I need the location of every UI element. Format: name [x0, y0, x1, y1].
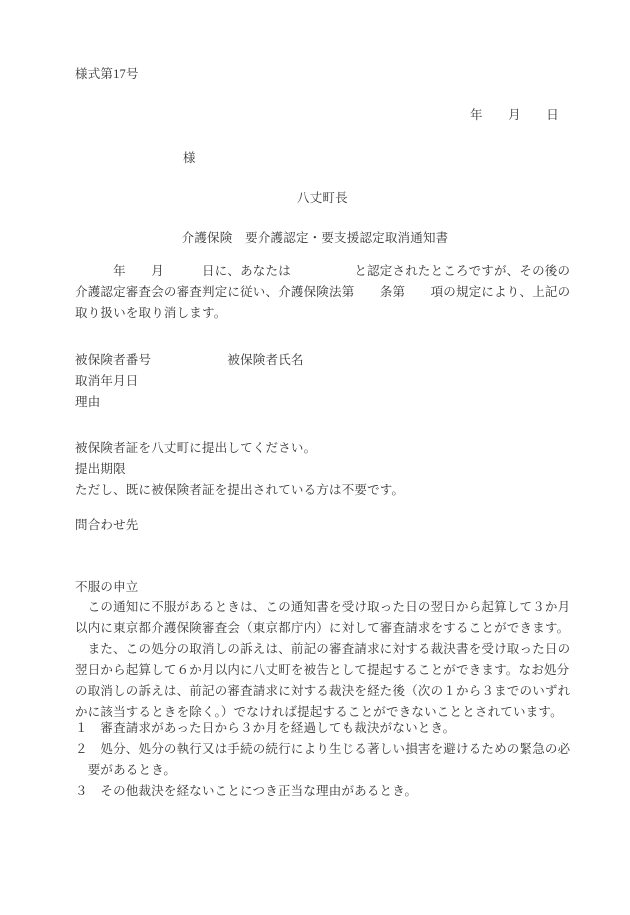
body-line-2: 介護認定審査会の審査判定に従い、介護保険法第 条第 項の規定により、上記の: [75, 285, 570, 300]
appeal-paragraph-line-5: の取消しの訴えは、前記の審査請求に対する裁決を経た後（次の１から３までのいずれ: [75, 684, 570, 699]
addressee-honorific: 様: [183, 151, 196, 166]
form-number: 様式第17号: [75, 67, 139, 82]
reason-label: 理由: [75, 395, 100, 410]
submission-exception-note: ただし、既に被保険者証を提出されている方は不要です。: [75, 483, 404, 498]
appeal-paragraph-line-4: 翌日から起算して６か月以内に八丈町を被告として提起することができます。なお処分: [75, 663, 569, 678]
insured-number-name-labels: 被保険者番号 被保険者氏名: [75, 353, 304, 368]
document-title: 介護保険 要介護認定・要支援認定取消通知書: [0, 231, 630, 246]
date-line: 年 月 日: [470, 108, 559, 123]
body-line-3: 取り扱いを取り消します。: [75, 306, 226, 321]
submission-deadline-label: 提出期限: [75, 462, 126, 477]
cancellation-date-label: 取消年月日: [75, 374, 139, 389]
appeal-item-3: ３ その他裁決を経ないことにつき正当な理由があるとき。: [75, 784, 417, 799]
document-page: 様式第17号 年 月 日 様 八丈町長 介護保険 要介護認定・要支援認定取消通知…: [0, 0, 630, 915]
appeal-heading: 不服の申立: [75, 580, 139, 595]
appeal-paragraph-line-3: また、この処分の取消しの訴えは、前記の審査請求に対する裁決書を受け取った日の: [75, 642, 570, 657]
appeal-item-2-line-2: 要があるとき。: [75, 763, 176, 778]
appeal-item-1: １ 審査請求があった日から３か月を経過しても裁決がないとき。: [75, 721, 455, 736]
appeal-paragraph-line-2: 以内に東京都介護保険審査会（東京都庁内）に対して審査請求をすることができます。: [75, 621, 569, 636]
appeal-item-2-line-1: ２ 処分、処分の執行又は手続の続行により生じる著しい損害を避けるための緊急の必: [75, 742, 570, 757]
appeal-paragraph-line-1: この通知に不服があるときは、この通知書を受け取った日の翌日から起算して３か月: [75, 600, 570, 615]
body-line-1: 年 月 日に、あなたは と認定されたところですが、その後の: [75, 264, 570, 279]
submission-instruction: 被保険者証を八丈町に提出してください。: [75, 441, 316, 456]
appeal-paragraph-line-6: かに該当するときを除く。）でなければ提起することができないこととされています。: [75, 705, 563, 720]
contact-label: 問合わせ先: [75, 518, 139, 533]
sender-title: 八丈町長: [297, 191, 348, 206]
